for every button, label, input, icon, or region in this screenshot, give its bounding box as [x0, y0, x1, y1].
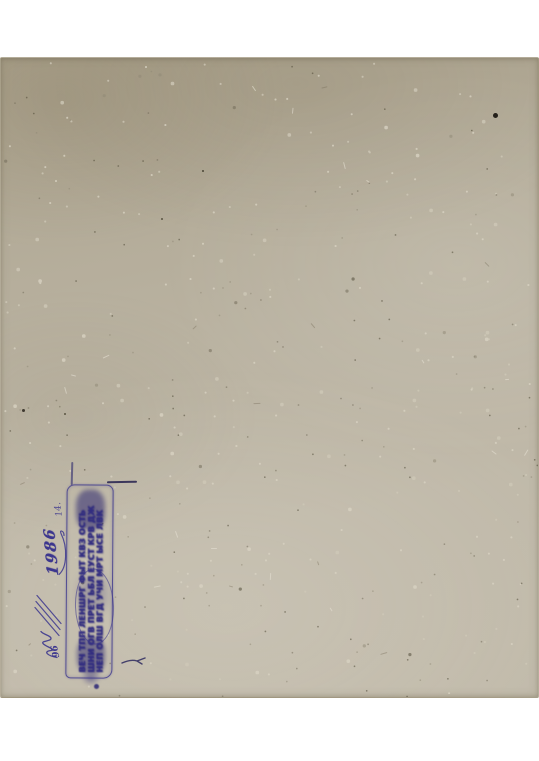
paper-fiber	[343, 162, 346, 169]
paper-fiber	[103, 354, 109, 358]
paper-fiber	[270, 573, 271, 580]
paper-fiber	[317, 561, 319, 566]
paper-fiber	[71, 374, 76, 376]
notable-speck	[202, 170, 204, 172]
paper-fiber	[321, 86, 327, 89]
paper-fiber	[175, 531, 178, 538]
paper-fiber	[193, 325, 197, 329]
paper-fiber	[380, 652, 387, 655]
pen-flourish	[55, 525, 69, 577]
paper-fiber	[229, 585, 234, 587]
paper-fiber	[505, 379, 509, 380]
paper-fiber	[292, 108, 294, 114]
paper-fiber	[252, 86, 256, 92]
stamp-rotated-content: ВЕЧ ТПП ЛЕНШРГ ФЫТ КВЗ ОСТЬ ШНИ ОГВ ПРЕТ…	[29, 456, 151, 701]
paper-fiber	[311, 323, 315, 328]
paper-fiber	[485, 262, 490, 267]
paper-fiber	[154, 585, 161, 587]
notable-speck	[64, 413, 66, 415]
scan-page: ВЕЧ ТПП ЛЕНШРГ ФЫТ КВЗ ОСТЬ ШНИ ОГВ ПРЕТ…	[0, 0, 539, 761]
paper-fiber	[524, 449, 528, 455]
notable-speck	[493, 113, 498, 118]
paper-fiber	[211, 548, 217, 549]
paper-fiber	[492, 450, 497, 454]
handwritten-note: 14.	[53, 501, 65, 517]
paper-specks-dark	[1, 58, 3, 60]
notable-speck	[22, 409, 25, 412]
paper-fiber	[366, 180, 370, 183]
paper-fiber	[65, 387, 68, 394]
paper-fiber	[421, 360, 424, 364]
notable-speck	[161, 218, 163, 220]
stamp-group: ВЕЧ ТПП ЛЕНШРГ ФЫТ КВЗ ОСТЬ ШНИ ОГВ ПРЕТ…	[29, 456, 151, 701]
cardboard-back: ВЕЧ ТПП ЛЕНШРГ ФЫТ КВЗ ОСТЬ ШНИ ОГВ ПРЕТ…	[0, 57, 539, 698]
paper-fiber	[20, 482, 25, 485]
paper-fiber	[253, 402, 261, 403]
paper-fiber	[330, 607, 333, 611]
